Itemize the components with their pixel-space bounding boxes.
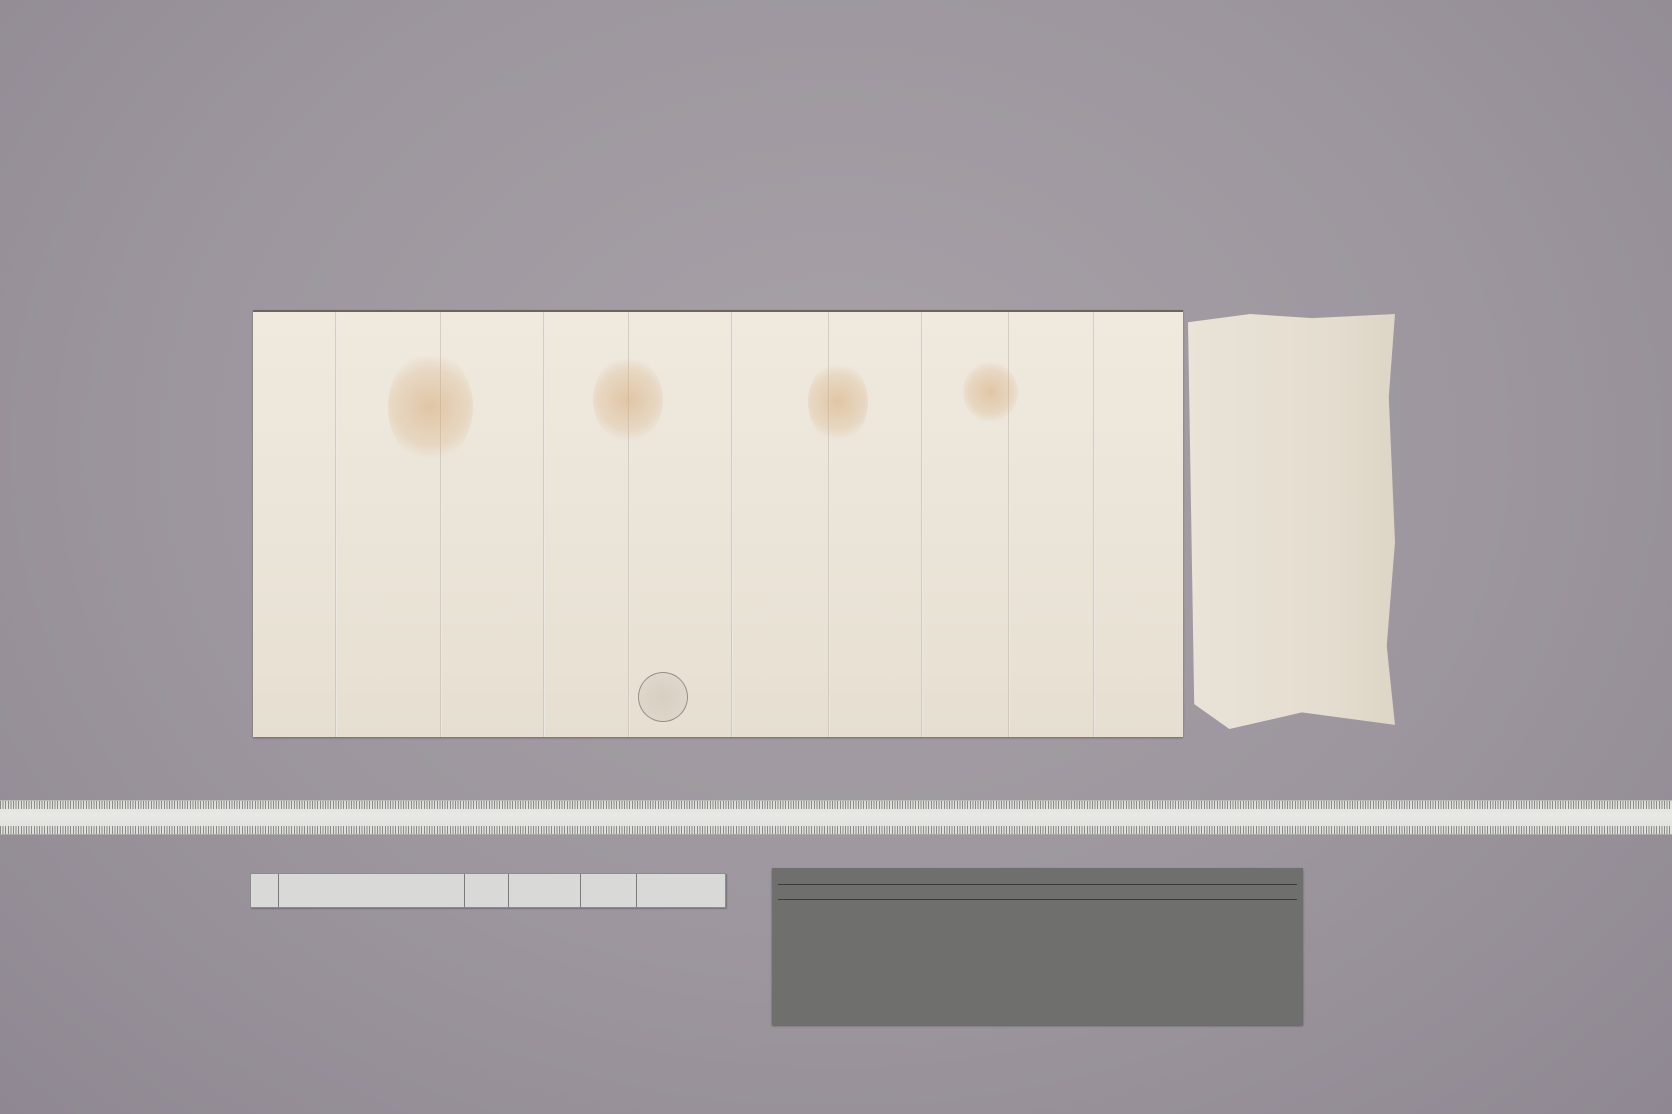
label-source [465, 874, 509, 907]
water-stain [963, 362, 1018, 422]
historical-letter-document [253, 308, 1395, 736]
fold-line [335, 312, 337, 737]
color-patches [778, 940, 1297, 1020]
label-catalog-id [581, 874, 637, 907]
label-date [637, 874, 725, 907]
water-stain [388, 352, 473, 462]
cm-scale [778, 885, 1297, 900]
kodak-color-control-card [772, 868, 1303, 1025]
catalog-label [250, 873, 726, 908]
ink-seal-stamp [638, 672, 688, 722]
ruler-ticks [0, 826, 1672, 834]
fold-line [1093, 312, 1095, 737]
ruler-ticks [0, 801, 1672, 809]
water-stain [593, 357, 663, 442]
fold-line [543, 312, 545, 737]
label-document-title [279, 874, 465, 907]
fold-line [731, 312, 733, 737]
measuring-ruler [0, 800, 1672, 835]
label-collection [509, 874, 581, 907]
inch-scale [778, 870, 1297, 885]
label-item-number [251, 874, 279, 907]
fold-line [921, 312, 923, 737]
water-stain [808, 362, 868, 442]
letter-paper-torn-end [1188, 314, 1395, 729]
letter-paper-main [253, 310, 1183, 737]
patch-labels [778, 924, 1297, 938]
